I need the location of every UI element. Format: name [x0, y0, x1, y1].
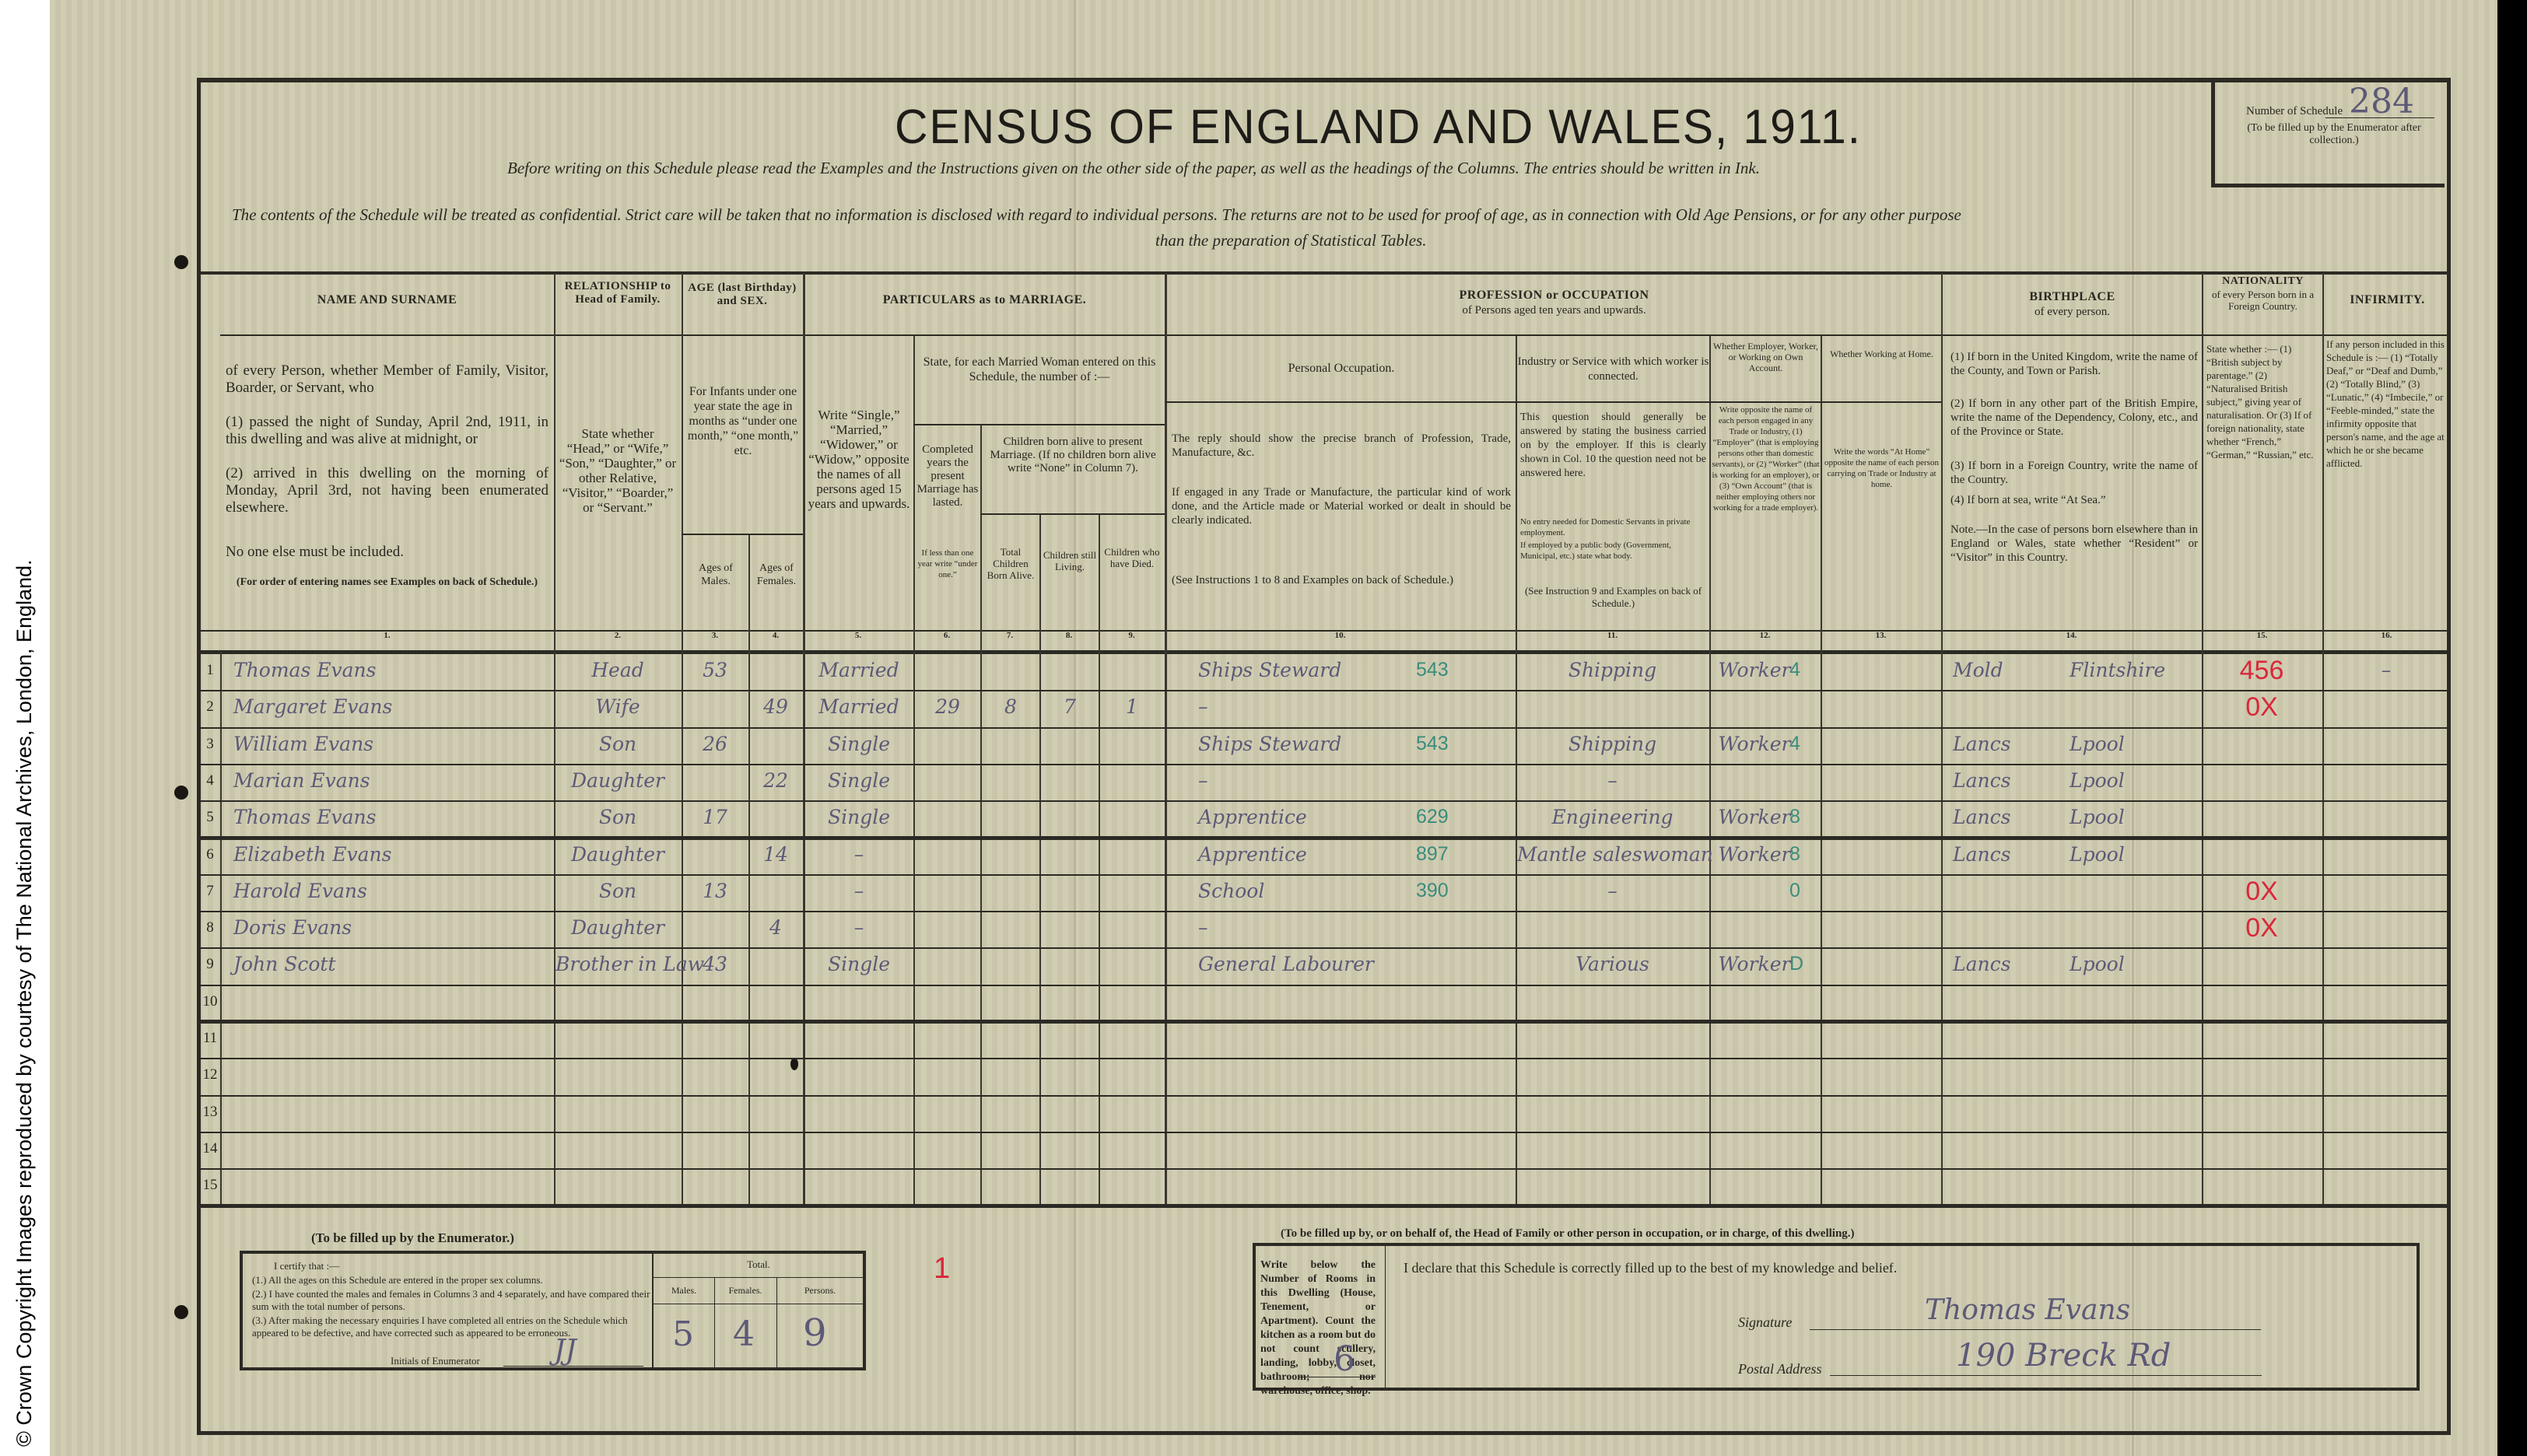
schedule-number-note: (To be filled up by the Enumerator after…	[2221, 122, 2447, 147]
copyright-notice: © Crown Copyright Images reproduced by c…	[12, 559, 36, 1447]
colnum-1: 1.	[220, 631, 554, 640]
name-body-5: (For order of entering names see Example…	[226, 576, 549, 589]
colnum-8: 8.	[1039, 631, 1099, 640]
row-number: 10	[199, 993, 221, 1010]
colnum-10: 10.	[1165, 631, 1516, 640]
marriage-condition: Write “Single,” “Married,” “Widower,” or…	[806, 408, 912, 511]
cell-occ[interactable]: General Labourer	[1198, 953, 1455, 975]
colnum-6: 6.	[913, 631, 980, 640]
row-divider	[197, 690, 2451, 691]
cell-occ[interactable]: –	[1198, 916, 1455, 939]
row-divider	[197, 874, 2451, 876]
row-number: 1	[199, 662, 221, 679]
instruction-line: Before writing on this Schedule please r…	[507, 159, 1760, 178]
cell-occ[interactable]: –	[1198, 769, 1455, 792]
colnum-2: 2.	[554, 631, 682, 640]
marriage-years-heading: Completed years the present Marriage has…	[915, 443, 980, 509]
name-body-2: (1) passed the night of Sunday, April 2n…	[226, 414, 549, 448]
row-number: 9	[199, 956, 221, 973]
infirmity-heading: INFIRMITY.	[2324, 292, 2451, 307]
industry-body-2: No entry needed for Domestic Servants in…	[1520, 516, 1706, 538]
rooms-count[interactable]: 6	[1334, 1339, 1355, 1379]
cell-female[interactable]: 14	[750, 843, 801, 866]
row-divider	[197, 1204, 2451, 1208]
cell-industry[interactable]: Various	[1517, 953, 1708, 975]
name-body-3: (2) arrived in this dwelling on the morn…	[226, 465, 549, 516]
cell-birth-town[interactable]: Flintshire	[2070, 659, 2194, 681]
col-line	[2202, 273, 2203, 1206]
cell-rel[interactable]: Son	[556, 806, 680, 828]
cell-status-code[interactable]: 0	[1789, 880, 1819, 902]
rooms-instruction: Write below the Number of Rooms in this …	[1260, 1258, 1376, 1398]
nationality-heading: NATIONALITY	[2203, 275, 2322, 288]
cell-rel[interactable]: Son	[556, 880, 680, 902]
marriage-heading: PARTICULARS as to MARRIAGE.	[804, 292, 1165, 307]
cell-birth-town[interactable]: Lpool	[2070, 843, 2194, 866]
children-heading: Children born alive to present Marriage.…	[982, 436, 1164, 475]
total-hline	[654, 1277, 864, 1278]
ages-of-males: Ages of Males.	[683, 562, 748, 588]
birthplace-heading: BIRTHPLACE	[1943, 289, 2202, 304]
cell-status-code[interactable]: 4	[1789, 659, 1819, 681]
cell-birth-county[interactable]: Lancs	[1953, 733, 2038, 755]
cell-industry[interactable]: –	[1517, 769, 1708, 792]
name-body-4: No one else must be included.	[226, 544, 549, 559]
cell-rel[interactable]: Daughter	[556, 769, 680, 792]
colnum-5: 5.	[803, 631, 913, 640]
cell-birth-county[interactable]: Lancs	[1953, 769, 2038, 792]
cell-industry[interactable]: –	[1517, 880, 1708, 902]
personal-body-2: If engaged in any Trade or Manufacture, …	[1172, 485, 1511, 527]
cell-born[interactable]: 8	[982, 695, 1039, 718]
total-persons[interactable]: 9	[803, 1311, 827, 1355]
cell-rel[interactable]: Son	[556, 733, 680, 755]
row-number: 7	[199, 883, 221, 900]
nationality-subheading: of every Person born in a Foreign Countr…	[2203, 289, 2322, 312]
relationship-body: State whether “Head,” or “Wife,” “Son,” …	[559, 426, 677, 515]
certify-item-2: (2.) I have counted the males and female…	[252, 1288, 650, 1313]
row-divider	[197, 836, 2451, 840]
colnum-12: 12.	[1709, 631, 1821, 640]
age-body: For Infants under one year state the age…	[685, 384, 801, 458]
cell-industry[interactable]: Shipping	[1517, 659, 1708, 681]
colnum-7: 7.	[980, 631, 1039, 640]
colnum-13: 13.	[1821, 631, 1941, 640]
row-number: 2	[199, 698, 221, 716]
cell-status-code[interactable]: 8	[1789, 806, 1819, 828]
cell-birth-town[interactable]: Lpool	[2070, 733, 2194, 755]
schedule-number-label: Number of Schedule	[2246, 105, 2343, 118]
children-died-heading: Children who have Died.	[1100, 546, 1164, 569]
colnum-16: 16.	[2322, 631, 2451, 640]
cell-status[interactable]: Worker	[1712, 806, 1797, 828]
postal-address-value[interactable]: 190 Breck Rd	[1956, 1338, 2171, 1374]
red-tick-mark: 1	[934, 1252, 950, 1286]
row-number: 12	[199, 1066, 221, 1083]
personal-occupation-heading: Personal Occupation.	[1167, 361, 1516, 376]
left-margin: © Crown Copyright Images reproduced by c…	[0, 0, 50, 1456]
cell-status-code[interactable]: 4	[1789, 733, 1819, 755]
cell-birth-county[interactable]: Lancs	[1953, 843, 2038, 866]
postal-address-line	[1830, 1375, 2262, 1376]
cell-cond[interactable]: Single	[806, 953, 912, 975]
total-males[interactable]: 5	[672, 1314, 694, 1354]
birthplace-body-4: (4) If born at sea, write “At Sea.”	[1950, 493, 2198, 507]
col-line	[1821, 336, 1822, 1206]
confidential-line-1: The contents of the Schedule will be tre…	[232, 205, 1961, 225]
children-total-heading: Total Children Born Alive.	[982, 546, 1039, 581]
colnum-15: 15.	[2202, 631, 2322, 640]
cell-cond[interactable]: Single	[806, 806, 912, 828]
colnum-9: 9.	[1099, 631, 1165, 640]
row-divider	[197, 1020, 2451, 1024]
birthplace-body-3: (3) If born in a Foreign Country, write …	[1950, 459, 2198, 487]
children-sub-divider	[980, 513, 1165, 515]
colnum-14: 14.	[1941, 631, 2202, 640]
cell-male[interactable]: 13	[683, 880, 747, 902]
employer-heading: Whether Employer, Worker, or Working on …	[1711, 341, 1821, 373]
row-divider	[197, 985, 2451, 986]
females-label: Females.	[714, 1285, 776, 1297]
cell-name[interactable]: Thomas Evans	[233, 806, 552, 828]
row-divider	[197, 764, 2451, 765]
declaration-text: I declare that this Schedule is correctl…	[1404, 1260, 1897, 1276]
children-living-heading: Children still Living.	[1041, 549, 1099, 572]
cell-died[interactable]: 1	[1100, 695, 1164, 718]
home-body: Write the words “At Home” opposite the n…	[1824, 446, 1940, 490]
nationality-body: State whether :— (1) “British subject by…	[2206, 342, 2319, 461]
cell-nat[interactable]: 0X	[2203, 913, 2320, 943]
cell-female[interactable]: 22	[750, 769, 801, 792]
cell-nat[interactable]: 0X	[2203, 692, 2320, 723]
cell-name[interactable]: Marian Evans	[233, 769, 552, 792]
total-females[interactable]: 4	[733, 1314, 755, 1354]
cell-nat[interactable]: 0X	[2203, 877, 2320, 907]
head-of-family-box: Write below the Number of Rooms in this …	[1253, 1243, 2420, 1391]
colnum-11: 11.	[1516, 631, 1709, 640]
cell-cond[interactable]: Married	[806, 659, 912, 681]
col-line	[980, 424, 982, 1206]
col-line	[2322, 273, 2324, 1206]
cell-status-code[interactable]: D	[1789, 953, 1819, 975]
infirmity-body: If any person included in this Schedule …	[2326, 338, 2448, 470]
personal-body-3: (See Instructions 1 to 8 and Examples on…	[1172, 573, 1511, 587]
confidential-line-2: than the preparation of Statistical Tabl…	[1155, 231, 1426, 250]
cell-birth-county[interactable]: Lancs	[1953, 806, 2038, 828]
enumerator-heading: (To be filled up by the Enumerator.)	[311, 1230, 514, 1246]
row-number: 6	[199, 846, 221, 863]
signature-line	[1810, 1329, 2261, 1330]
birthplace-subheading: of every person.	[1943, 305, 2202, 320]
punch-hole	[174, 786, 188, 800]
name-heading: NAME AND SURNAME	[220, 292, 554, 307]
industry-body-4: (See Instruction 9 and Examples on back …	[1520, 585, 1706, 610]
col-line	[803, 273, 805, 1206]
col-line	[1941, 273, 1943, 1206]
cell-occ-code[interactable]: 543	[1416, 659, 1509, 681]
cell-status-code[interactable]: 8	[1789, 843, 1819, 866]
cell-occ[interactable]: –	[1198, 695, 1455, 718]
row-number: 14	[199, 1140, 221, 1157]
row-number: 11	[199, 1030, 221, 1047]
cell-cond[interactable]: Single	[806, 769, 912, 792]
cell-rel[interactable]: Daughter	[556, 843, 680, 866]
certify-item-1: (1.) All the ages on this Schedule are e…	[252, 1274, 650, 1286]
cell-industry[interactable]: Shipping	[1517, 733, 1708, 755]
cell-industry[interactable]: Mantle saleswoman	[1517, 843, 1708, 866]
colnum-3: 3.	[682, 631, 748, 640]
col-line	[1165, 273, 1167, 1206]
cell-birth-county[interactable]: Lancs	[1953, 953, 2038, 975]
page-title: CENSUS OF ENGLAND AND WALES, 1911.	[895, 100, 1862, 155]
birthplace-body-2: (2) If born in any other part of the Bri…	[1950, 397, 2198, 439]
occupation-subheading: of Persons aged ten years and upwards.	[1167, 303, 1941, 318]
row-number: 15	[199, 1177, 221, 1194]
cell-industry[interactable]: Engineering	[1517, 806, 1708, 828]
occupation-sub-divider	[1165, 401, 1941, 403]
cell-name[interactable]: Thomas Evans	[233, 659, 552, 681]
cell-years[interactable]: 29	[915, 695, 980, 718]
enumerator-initials[interactable]: JJ	[554, 1335, 577, 1367]
row-divider	[197, 1168, 2451, 1170]
punch-hole	[174, 1305, 188, 1319]
cell-female[interactable]: 49	[750, 695, 801, 718]
marriage-sub-divider	[913, 424, 1165, 425]
rooms-divider	[1385, 1246, 1386, 1388]
personal-body-1: The reply should show the precise branch…	[1172, 432, 1511, 460]
marriage-years-note: If less than one year write “under one.”	[915, 548, 980, 580]
employer-body: Write opposite the name of each person e…	[1712, 404, 1820, 513]
row-divider	[197, 727, 2451, 729]
cell-nat[interactable]: 456	[2203, 656, 2320, 686]
cell-name[interactable]: John Scott	[233, 953, 552, 975]
cell-cond[interactable]: –	[806, 880, 912, 902]
cell-rel[interactable]: Wife	[556, 695, 680, 718]
cell-status[interactable]: Worker	[1712, 953, 1797, 975]
cell-rel[interactable]: Daughter	[556, 916, 680, 939]
cell-occ-code[interactable]: 897	[1416, 843, 1509, 866]
row-number: 13	[199, 1104, 221, 1121]
cell-rel[interactable]: Brother in Law	[556, 953, 680, 975]
row-divider	[197, 800, 2451, 802]
cell-status[interactable]: Worker	[1712, 733, 1797, 755]
persons-label: Persons.	[776, 1285, 864, 1297]
home-heading: Whether Working at Home.	[1822, 348, 1941, 359]
cell-name[interactable]: Doris Evans	[233, 916, 552, 939]
colnum-divider-bottom	[197, 650, 2451, 654]
cell-male[interactable]: 17	[683, 806, 747, 828]
row-divider	[197, 1132, 2451, 1133]
relationship-heading: RELATIONSHIP to Head of Family.	[556, 280, 680, 306]
row-number: 8	[199, 919, 221, 936]
cell-cond[interactable]: Married	[806, 695, 912, 718]
cell-infirm[interactable]: –	[2324, 659, 2448, 681]
row-number: 5	[199, 809, 221, 826]
row-divider	[197, 1058, 2451, 1059]
cell-rel[interactable]: Head	[556, 659, 680, 681]
col-line	[1039, 513, 1041, 1206]
industry-body-3: If employed by a public body (Government…	[1520, 540, 1706, 562]
colnum-4: 4.	[748, 631, 803, 640]
cell-birth-county[interactable]: Mold	[1953, 659, 2038, 681]
signature-value[interactable]: Thomas Evans	[1925, 1294, 2130, 1326]
cell-name[interactable]: William Evans	[233, 733, 552, 755]
males-label: Males.	[654, 1285, 714, 1297]
total-label: Total.	[654, 1258, 864, 1271]
certify-label: I certify that :—	[274, 1260, 339, 1272]
cell-occ-code[interactable]: 543	[1416, 733, 1509, 755]
row-divider	[197, 911, 2451, 912]
cell-name[interactable]: Margaret Evans	[233, 695, 552, 718]
cell-name[interactable]: Harold Evans	[233, 880, 552, 902]
signature-label: Signature	[1738, 1314, 1792, 1331]
cell-male[interactable]: 26	[683, 733, 747, 755]
cell-occ-code[interactable]: 390	[1416, 880, 1509, 902]
cell-cond[interactable]: Single	[806, 733, 912, 755]
age-sub-divider	[682, 534, 803, 535]
certify-item-3: (3.) After making the necessary enquirie…	[252, 1314, 650, 1339]
cell-birth-town[interactable]: Lpool	[2070, 953, 2194, 975]
cell-birth-town[interactable]: Lpool	[2070, 806, 2194, 828]
cell-cond[interactable]: –	[806, 916, 912, 939]
enumerator-box: I certify that :— (1.) All the ages on t…	[240, 1251, 866, 1370]
cell-cond[interactable]: –	[806, 843, 912, 866]
postal-address-label: Postal Address	[1738, 1361, 1822, 1377]
header-divider	[197, 271, 2451, 275]
birthplace-note: Note.—In the case of persons born elsewh…	[1950, 523, 2198, 565]
initials-label: Initials of Enumerator	[391, 1355, 480, 1367]
birthplace-body-1: (1) If born in the United Kingdom, write…	[1950, 350, 2198, 378]
head-of-family-heading: (To be filled up by, or on behalf of, th…	[1281, 1227, 1855, 1241]
cell-female[interactable]: 4	[750, 916, 801, 939]
cell-male[interactable]: 53	[683, 659, 747, 681]
ages-of-females: Ages of Females.	[750, 562, 803, 588]
industry-heading: Industry or Service with which worker is…	[1517, 355, 1709, 384]
cell-status[interactable]: Worker	[1712, 659, 1797, 681]
industry-body-1: This question should generally be answer…	[1520, 411, 1706, 481]
punch-hole	[174, 255, 188, 269]
cell-living[interactable]: 7	[1041, 695, 1099, 718]
row-number: 4	[199, 772, 221, 789]
right-edge	[2497, 0, 2527, 1456]
cell-status[interactable]: Worker	[1712, 843, 1797, 866]
cell-name[interactable]: Elizabeth Evans	[233, 843, 552, 866]
col-line	[1709, 336, 1711, 1206]
cell-birth-town[interactable]: Lpool	[2070, 769, 2194, 792]
col-line	[1099, 513, 1100, 1206]
age-heading: AGE (last Birthday) and SEX.	[683, 282, 801, 308]
schedule-number-box: Number of Schedule 284 (To be filled up …	[2211, 82, 2445, 187]
schedule-number-value[interactable]: 284	[2349, 82, 2414, 121]
name-body-1: of every Person, whether Member of Famil…	[226, 362, 549, 397]
total-hline-2	[654, 1304, 864, 1304]
married-woman-note: State, for each Married Woman entered on…	[915, 355, 1164, 384]
row-divider	[197, 947, 2451, 949]
cell-occ-code[interactable]: 629	[1416, 806, 1509, 828]
row-number: 3	[199, 736, 221, 753]
row-divider	[197, 1095, 2451, 1097]
occupation-heading: PROFESSION or OCCUPATION	[1167, 288, 1941, 303]
cell-male[interactable]: 43	[683, 953, 747, 975]
